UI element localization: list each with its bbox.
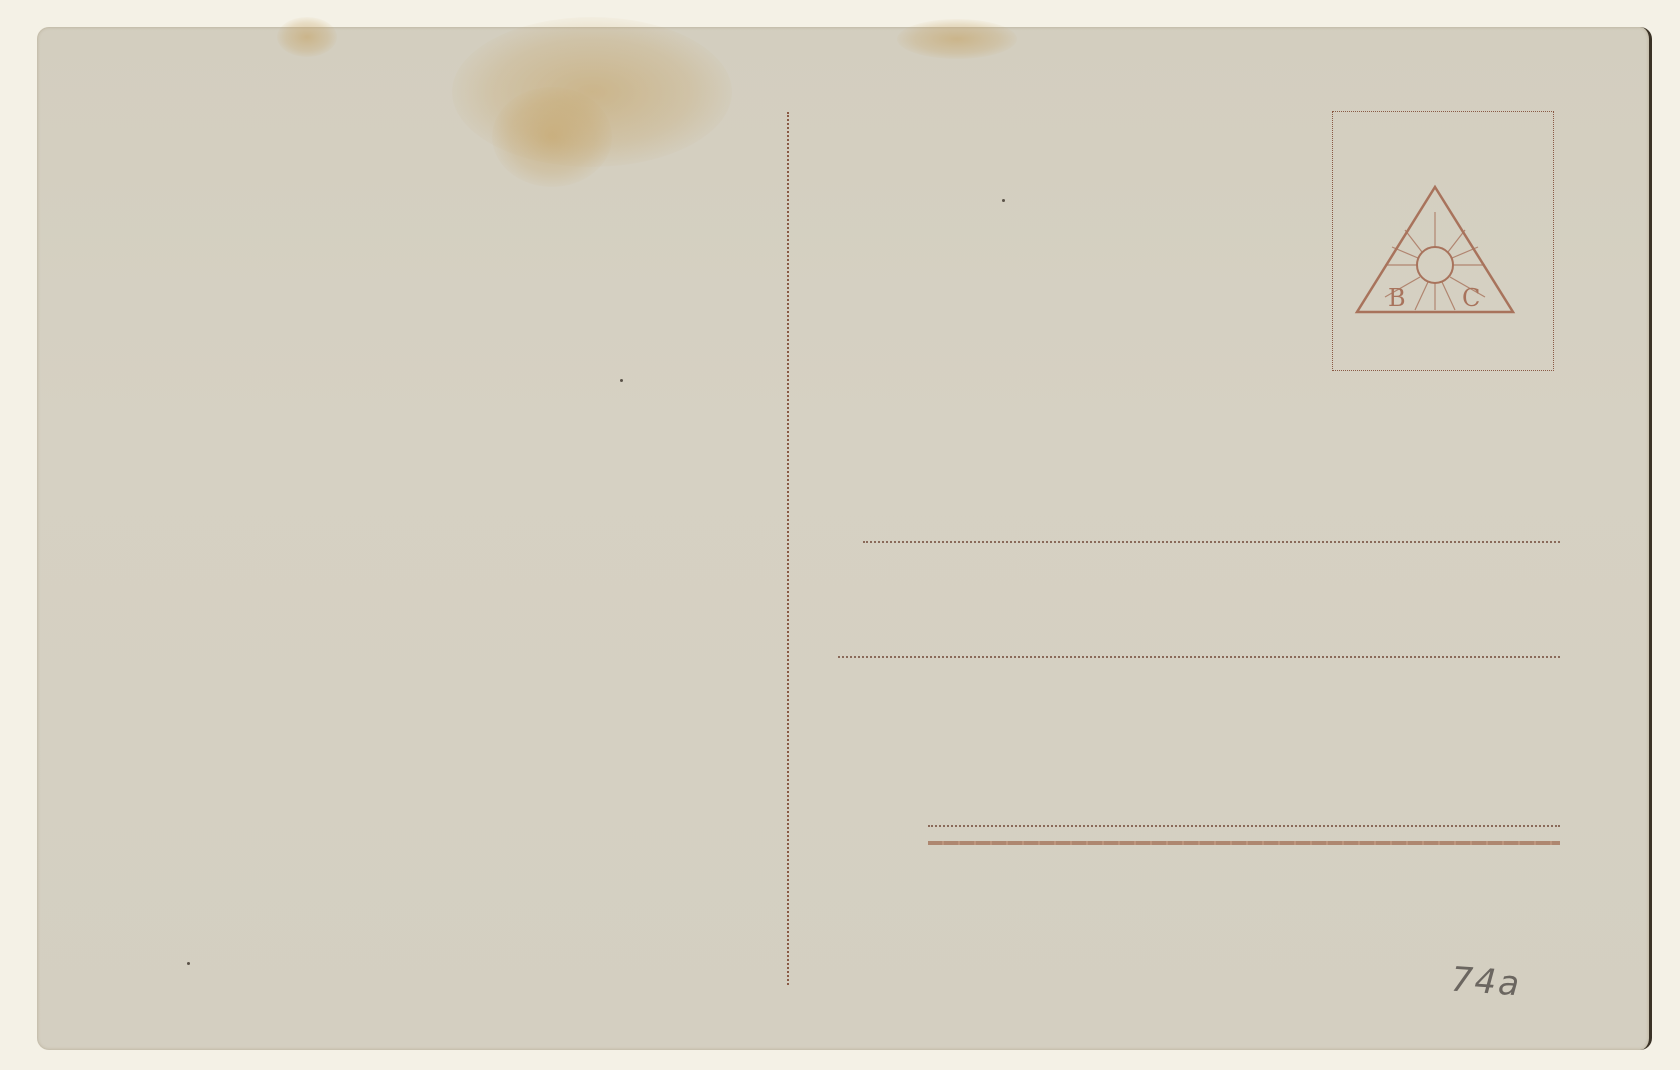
address-line-4 <box>928 841 1560 845</box>
address-line-1 <box>863 541 1560 543</box>
publisher-logo-icon: B C <box>1350 182 1520 327</box>
logo-letter-c: C <box>1462 284 1480 312</box>
logo-letter-b: B <box>1388 284 1406 312</box>
speck <box>620 379 623 382</box>
message-address-divider <box>787 112 789 985</box>
speck <box>1002 199 1005 202</box>
postcard-back: B C 74a <box>37 27 1652 1050</box>
water-stain <box>277 17 337 57</box>
handwritten-note: 74a <box>1450 960 1523 1005</box>
address-line-3 <box>928 825 1560 827</box>
water-stain <box>897 19 1017 59</box>
address-line-2 <box>838 656 1560 658</box>
speck <box>187 962 190 965</box>
water-stain <box>492 87 612 187</box>
